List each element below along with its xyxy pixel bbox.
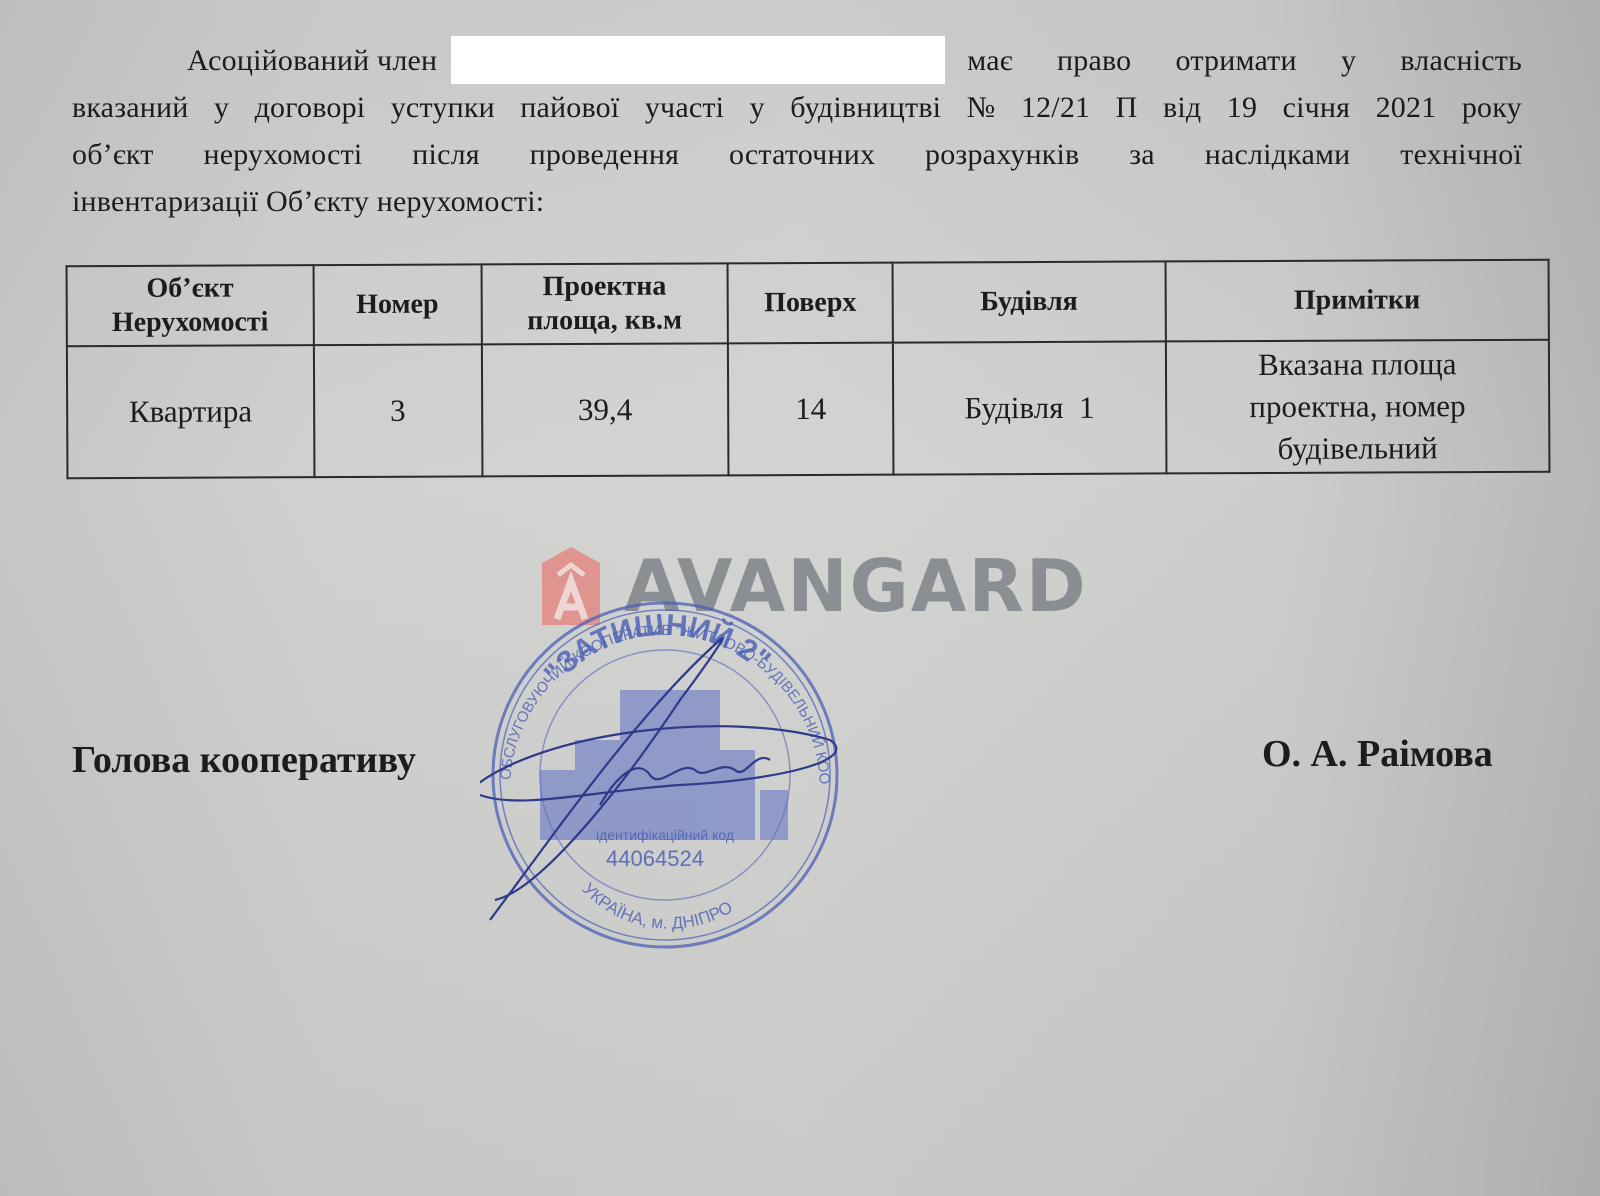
table-header-cell: Номер <box>313 264 481 345</box>
table-header-cell: Примітки <box>1165 260 1549 342</box>
paragraph-line-3: об’єктнерухомостіпісляпроведенняостаточн… <box>72 131 1522 178</box>
table-header-cell: Поверх <box>728 263 893 344</box>
svg-text:УКРАЇНА, м. ДНІПРО: УКРАЇНА, м. ДНІПРО <box>579 879 736 932</box>
word: січня <box>1283 84 1351 131</box>
word: отримати <box>1176 37 1297 84</box>
cell-notes: Вказана площапроектна, номербудівельний <box>1165 340 1549 474</box>
word: у <box>750 84 765 131</box>
cell-area: 39,4 <box>481 343 728 476</box>
table-header-cell: Проектнаплоща, кв.м <box>481 263 728 344</box>
word: проведення <box>530 131 679 178</box>
word: договорі <box>255 84 366 131</box>
word: 19 <box>1227 84 1257 131</box>
word: технічної <box>1400 131 1522 178</box>
table-header-cell: Об’єктНерухомості <box>67 265 314 346</box>
word: у <box>214 84 229 131</box>
paragraph-line-4-text: інвентаризації Об’єкту нерухомості: <box>72 178 544 225</box>
word: має <box>967 37 1013 84</box>
word: у <box>1341 37 1356 84</box>
redacted-name-box <box>451 36 945 84</box>
signatory-title: Голова кооперативу <box>72 738 416 782</box>
paragraph-line-4: інвентаризації Об’єкту нерухомості: <box>72 178 1522 225</box>
word: наслідками <box>1205 131 1351 178</box>
word: № <box>967 84 996 131</box>
signatory-name: О. А. Раімова <box>1262 732 1493 776</box>
svg-text:ідентифікаційний код: ідентифікаційний код <box>596 827 734 843</box>
cell-building: Будівля 1 <box>893 341 1166 474</box>
word: уступки <box>391 84 495 131</box>
word: за <box>1129 131 1155 178</box>
table-header-cell: Будівля <box>893 261 1166 342</box>
word: після <box>412 131 479 178</box>
word: участі <box>645 84 724 131</box>
associate-member-label: Асоційований член <box>187 37 437 84</box>
word: остаточних <box>729 131 875 178</box>
paragraph-line-2: вказанийудоговоріуступкипайовоїучастіубу… <box>72 84 1522 131</box>
cell-number: 3 <box>314 344 482 477</box>
cell-floor: 14 <box>728 343 893 476</box>
word: П <box>1116 84 1138 131</box>
word: нерухомості <box>203 131 362 178</box>
word: власність <box>1400 37 1522 84</box>
cell-object: Квартира <box>67 345 314 478</box>
word: будівництві <box>790 84 941 131</box>
word: пайової <box>520 84 619 131</box>
word: 2021 <box>1376 84 1437 131</box>
svg-text:44064524: 44064524 <box>606 846 704 871</box>
word: право <box>1057 37 1131 84</box>
word: 12/21 <box>1021 84 1090 131</box>
word: розрахунків <box>925 131 1079 178</box>
paragraph-line-1: Асоційований член маєправоотриматиувласн… <box>72 36 1522 84</box>
cooperative-stamp: ОБСЛУГОВУЮЧИЙ КООПЕРАТИВ "ЖИТЛОВО-БУДІВЕ… <box>480 590 850 960</box>
table-row: Квартира 3 39,4 14 Будівля 1 Вказана пло… <box>67 340 1550 478</box>
word: року <box>1462 84 1522 131</box>
property-table: Об’єктНерухомостіНомерПроектнаплоща, кв.… <box>66 259 1551 479</box>
body-paragraph: Асоційований член маєправоотриматиувласн… <box>72 36 1522 225</box>
word: від <box>1163 84 1201 131</box>
word: об’єкт <box>72 131 154 178</box>
word: вказаний <box>72 84 189 131</box>
table-header-row: Об’єктНерухомостіНомерПроектнаплоща, кв.… <box>67 260 1549 346</box>
paragraph-line-1-end: маєправоотриматиувласність <box>967 37 1522 84</box>
